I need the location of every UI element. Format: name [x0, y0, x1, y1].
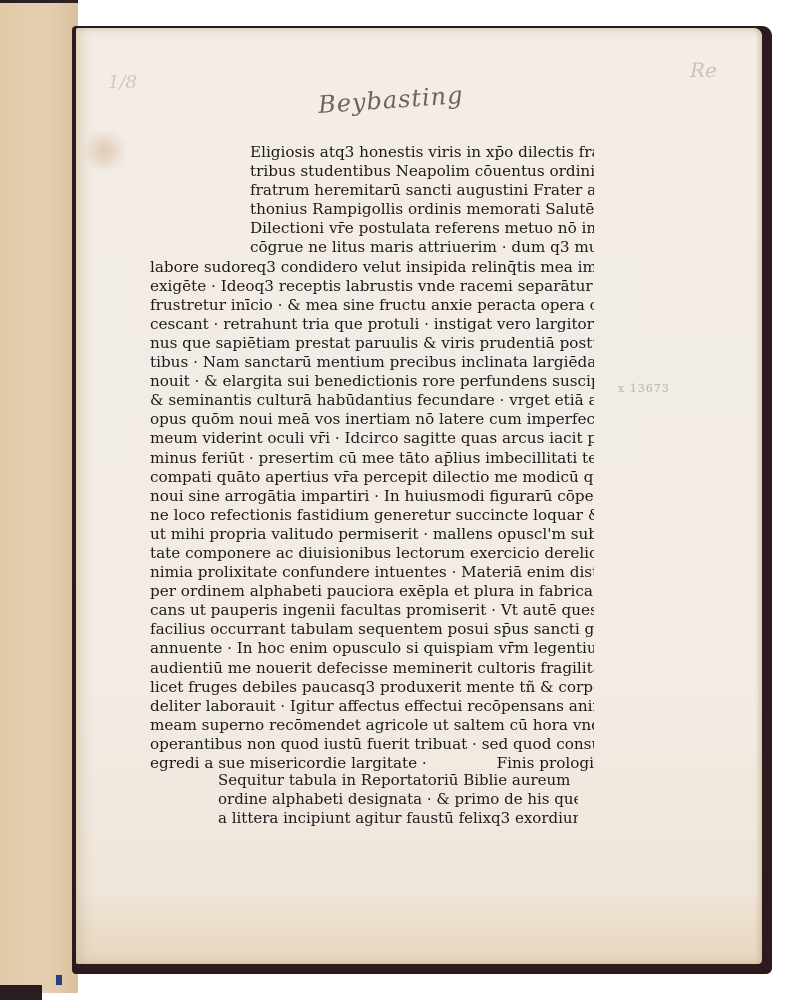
foxing-stain	[80, 128, 128, 174]
colophon-line: Sequitur tabula in Reportatoriū Biblie a…	[218, 771, 578, 790]
text-line: operantibus non quod iustū fuerit tribua…	[150, 735, 594, 754]
text-line: compati quāto apertius vr̄a percepit dil…	[150, 468, 594, 487]
text-line: licet fruges debiles paucasq3 produxerit…	[150, 678, 594, 697]
text-line: ne loco refectionis fastidium generetur …	[150, 506, 594, 525]
text-line: audientiū me nouerit defecisse meminerit…	[150, 659, 594, 678]
text-line: tibus · Nam sanctarū mentium precibus in…	[150, 353, 594, 372]
text-line: exigēte · Ideoq3 receptis labrustis vnde…	[150, 277, 594, 296]
text-line: Eligiosis atq3 honestis viris in xp̄o di…	[150, 143, 594, 162]
text-line: cōgrue ne litus maris attriuerim · dum q…	[150, 238, 594, 257]
text-line: deliter laborauit · Igitur affectus effe…	[150, 697, 594, 716]
text-line: nouit · & elargita sui benedictionis ror…	[150, 372, 594, 391]
text-line: annuente · In hoc enim opusculo si quisp…	[150, 639, 594, 658]
colophon-line: a littera incipiunt agitur faustū felixq…	[218, 809, 578, 828]
text-line: meam superno recōmendet agricole ut salt…	[150, 716, 594, 735]
text-line: frustretur inīcio · & mea sine fructu an…	[150, 296, 594, 315]
margin-annotation-top-left: 1/8	[108, 72, 137, 93]
text-line: per ordinem alphabeti pauciora exēpla et…	[150, 582, 594, 601]
text-line: cans ut pauperis ingenii facultas promis…	[150, 601, 594, 620]
text-line: labore sudoreq3 condidero velut insipida…	[150, 258, 594, 277]
front-board-pastedown	[0, 0, 78, 993]
text-line: & seminantis culturā habūdantius fecunda…	[150, 391, 594, 410]
text-line: thonius Rampigollis ordinis memorati Sal…	[150, 200, 594, 219]
shelfmark-stamp: x 13673	[618, 382, 670, 395]
text-line: tate componere ac diuisionibus lectorum …	[150, 544, 594, 563]
text-line: meum viderint oculi vr̄i · Idcirco sagit…	[150, 429, 594, 448]
text-line: minus feriūt · presertim cū mee tāto ap̄…	[150, 449, 594, 468]
board-edge	[0, 985, 42, 1000]
ribbon-marker	[56, 975, 62, 985]
text-line: cescant · retrahunt tria que protuli · i…	[150, 315, 594, 334]
text-line: opus quōm noui meā vos inertiam nō later…	[150, 410, 594, 429]
text-line: ut mihi propria valitudo permiserit · ma…	[150, 525, 594, 544]
table-heading: Sequitur tabula in Reportatoriū Biblie a…	[218, 771, 578, 828]
text-line: nus que sapiētiam prestat paruulis & vir…	[150, 334, 594, 353]
text-line: facilius occurrant tabulam sequentem pos…	[150, 620, 594, 639]
prologue-text: Eligiosis atq3 honestis viris in xp̄o di…	[150, 143, 594, 773]
margin-annotation-top-right: Re	[690, 58, 717, 82]
text-line: Dilectioni vr̄e postulata referens metuo…	[150, 219, 594, 238]
text-line: nimia prolixitate confundere intuentes ·…	[150, 563, 594, 582]
text-line: tribus studentibus Neapolim cōuentus ord…	[150, 162, 594, 181]
text-line: fratrum heremitarū sancti augustini Frat…	[150, 181, 594, 200]
colophon-line: ordine alphabeti designata · & primo de …	[218, 790, 578, 809]
text-line: noui sine arrogātia impartiri · In huius…	[150, 487, 594, 506]
